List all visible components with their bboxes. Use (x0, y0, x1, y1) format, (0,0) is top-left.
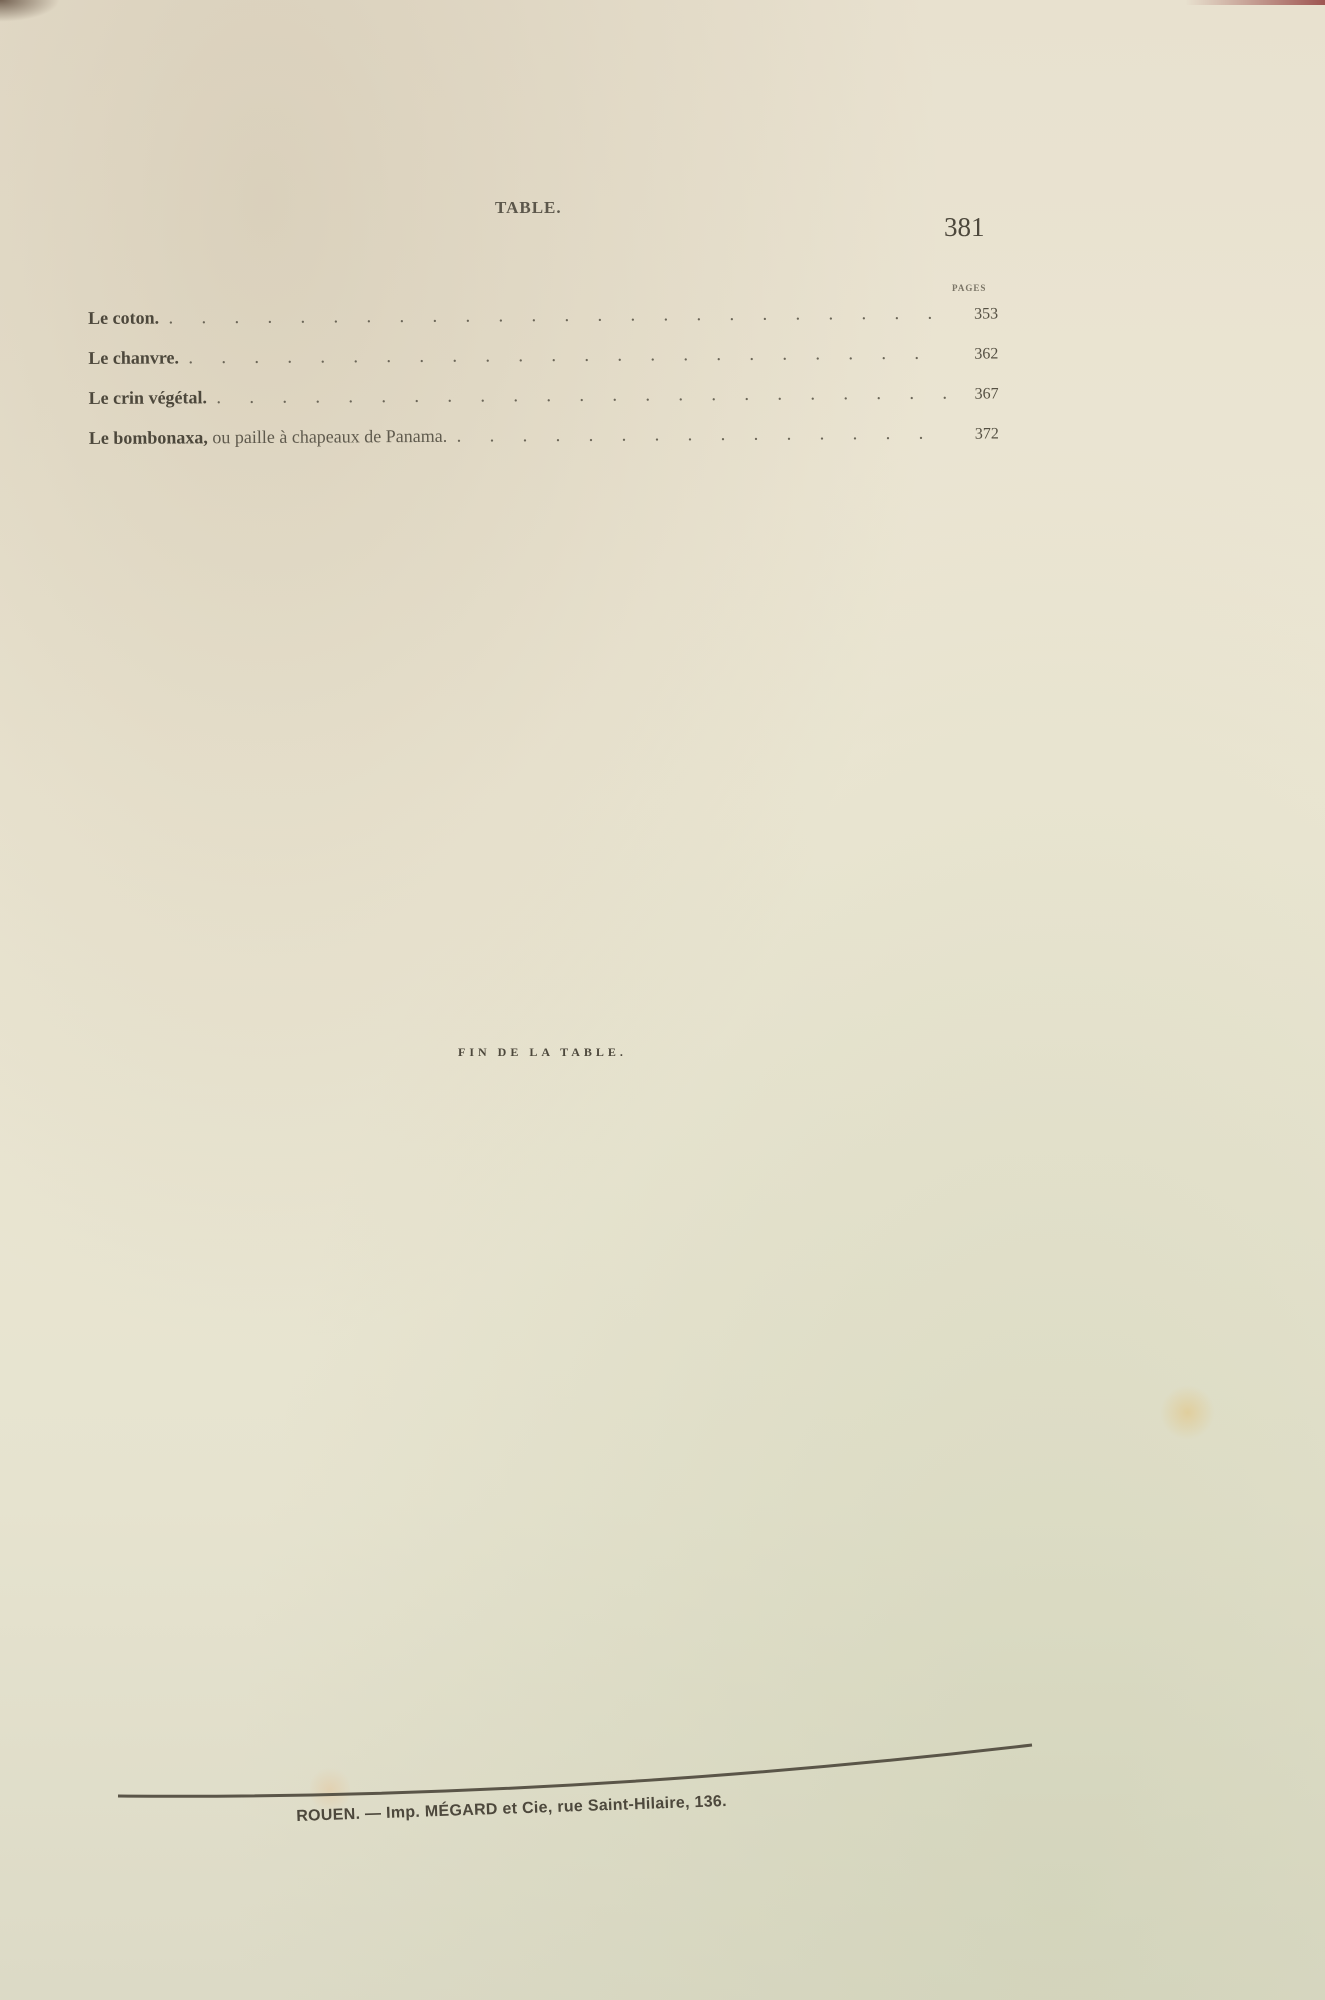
footer-rule (0, 0, 1325, 2000)
